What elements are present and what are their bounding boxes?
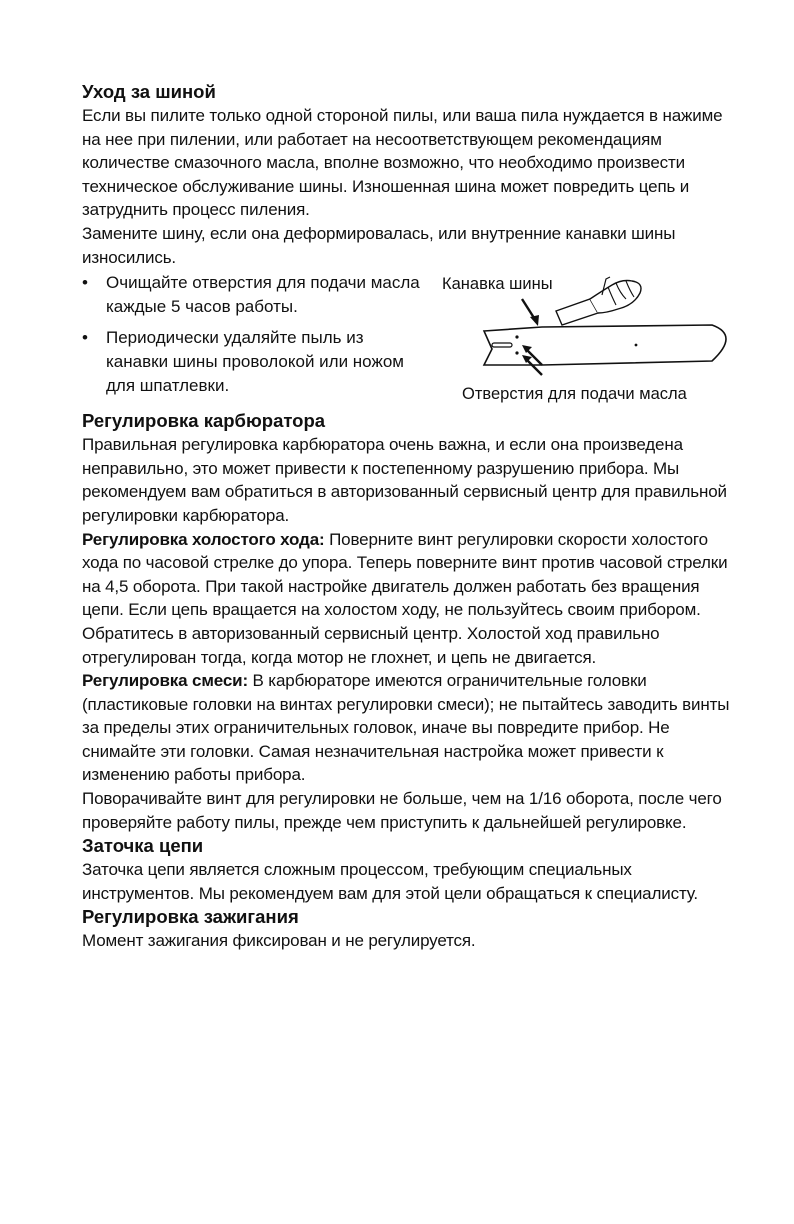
list-item: • Очищайте отверстия для подачи масла ка… — [82, 271, 422, 318]
heading-carburetor-adjustment: Регулировка карбюратора — [82, 409, 732, 433]
bar-care-tips: • Очищайте отверстия для подачи масла ка… — [82, 269, 732, 409]
heading-ignition-adjustment: Регулировка зажигания — [82, 905, 732, 929]
heading-bar-care: Уход за шиной — [82, 80, 732, 104]
bullet-icon: • — [82, 326, 88, 350]
figure-label-groove: Канавка шины — [442, 275, 553, 294]
bar-care-bullet-list: • Очищайте отверстия для подачи масла ка… — [82, 271, 422, 405]
bar-care-paragraph-1: Если вы пилите только одной стороной пил… — [82, 104, 732, 222]
heading-chain-sharpening: Заточка цепи — [82, 834, 732, 858]
bar-groove-figure: Канавка шины Отверстия для подачи масла — [422, 269, 732, 409]
idle-adjustment-paragraph: Регулировка холостого хода: Поверните ви… — [82, 528, 732, 670]
idle-adjustment-lead: Регулировка холостого хода: — [82, 530, 325, 549]
ignition-paragraph: Момент зажигания фиксирован и не регулир… — [82, 929, 732, 953]
manual-page: Уход за шиной Если вы пилите только одно… — [82, 80, 732, 953]
figure-label-oil-holes: Отверстия для подачи масла — [462, 385, 687, 404]
list-item: • Периодически удаляйте пыль из канавки … — [82, 326, 422, 397]
carburetor-intro-paragraph: Правильная регулировка карбюратора очень… — [82, 433, 732, 527]
mixture-adjustment-paragraph: Регулировка смеси: В карбюраторе имеются… — [82, 669, 732, 787]
chain-sharpening-paragraph: Заточка цепи является сложным процессом,… — [82, 858, 732, 905]
mixture-adjustment-paragraph-2: Поворачивайте винт для регулировки не бо… — [82, 787, 732, 834]
bullet-text: Очищайте отверстия для подачи масла кажд… — [106, 273, 420, 316]
bar-care-paragraph-2: Замените шину, если она деформировалась,… — [82, 222, 732, 269]
bullet-text: Периодически удаляйте пыль из канавки ши… — [106, 328, 404, 394]
bullet-icon: • — [82, 271, 88, 295]
mixture-adjustment-lead: Регулировка смеси: — [82, 671, 248, 690]
idle-adjustment-text: Поверните винт регулировки скорости холо… — [82, 530, 727, 667]
